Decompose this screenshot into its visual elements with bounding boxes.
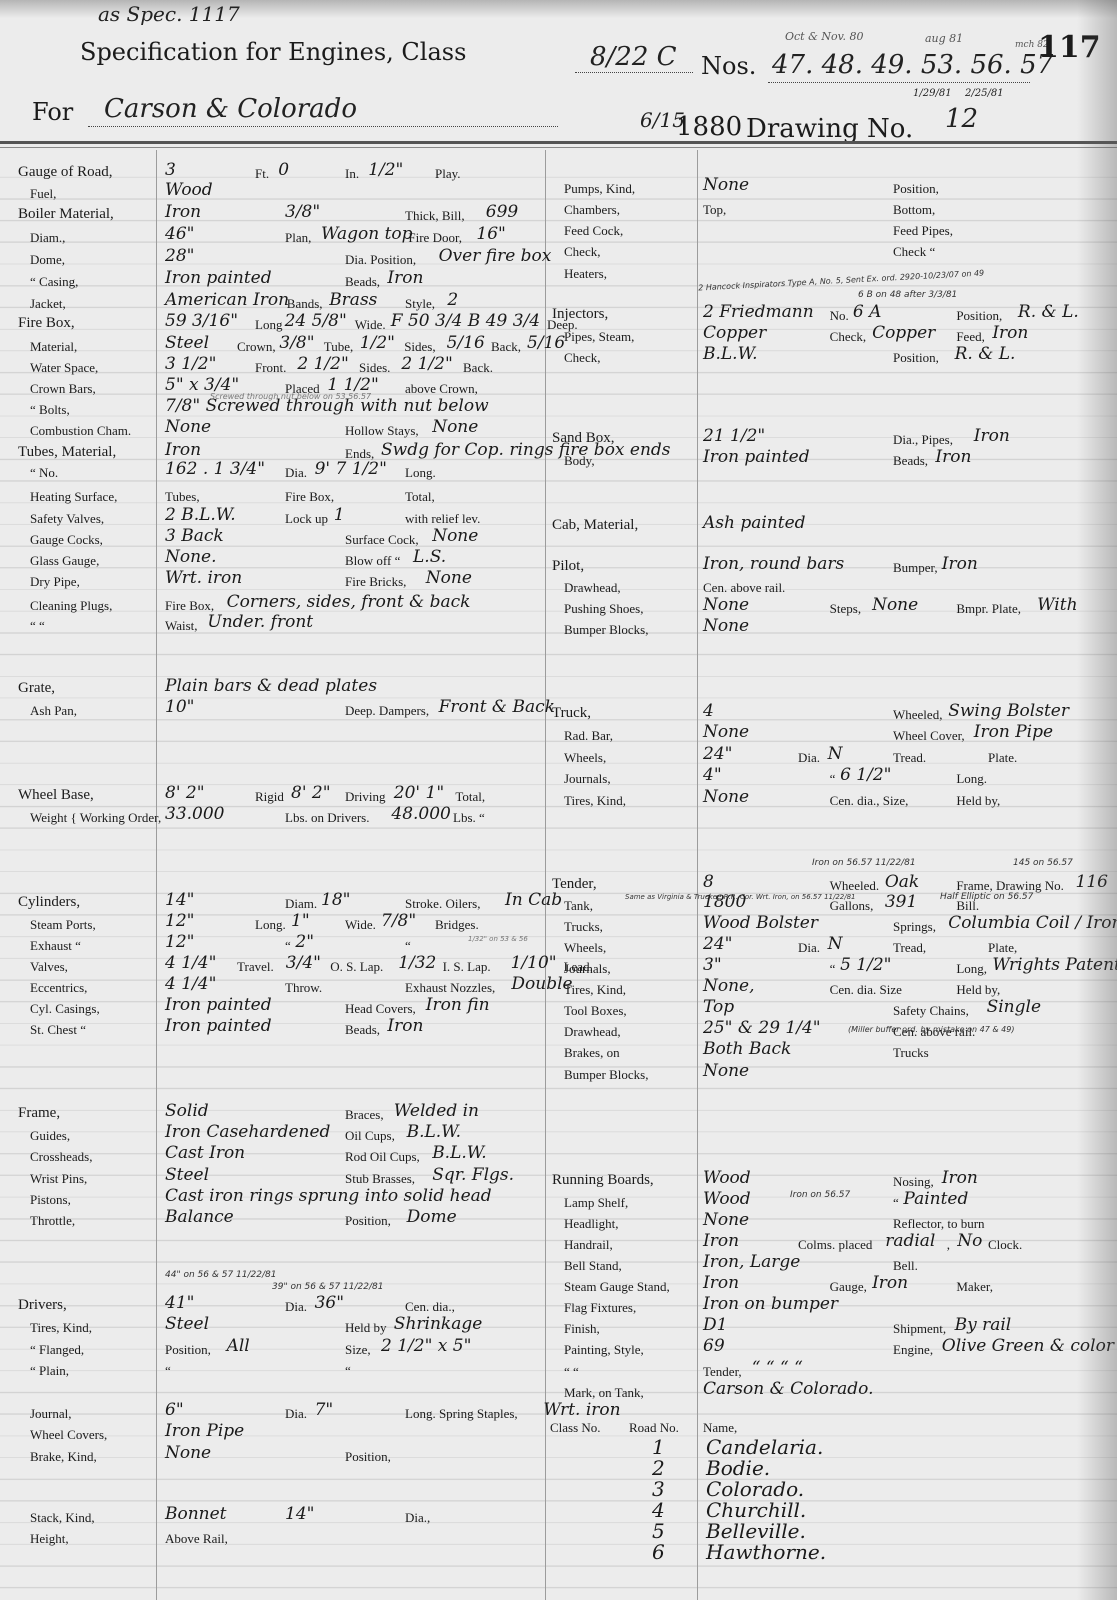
right-field-value: 25" & 29 1/4" bbox=[703, 1018, 821, 1038]
left-field-value: B.L.W. bbox=[407, 1122, 462, 1142]
left-label-weight-working-order: Weight { Working Order, bbox=[30, 810, 161, 826]
right-field-label: Dia. bbox=[798, 940, 820, 956]
left-field-value: 18" bbox=[321, 890, 350, 910]
left-field-label: Oil Cups, bbox=[345, 1128, 395, 1144]
right-field-label: “ bbox=[830, 771, 836, 787]
right-field-label: Check “ bbox=[893, 244, 935, 260]
left-field-label: Dia. bbox=[285, 1406, 307, 1422]
left-label-fuel: Fuel, bbox=[30, 186, 56, 202]
left-field-value: Iron painted bbox=[165, 1016, 272, 1036]
lamp-note: Iron on 56.57 bbox=[790, 1190, 850, 1200]
right-field-label: Bottom, bbox=[893, 202, 935, 218]
drawing-value: 12 bbox=[945, 104, 978, 134]
date-note-2: aug 81 bbox=[925, 32, 963, 45]
left-field-label: Thick, Bill, bbox=[405, 208, 465, 224]
left-field-value: American Iron bbox=[165, 290, 289, 310]
right-field-label: Beads, bbox=[893, 453, 928, 469]
right-field-label: Check, bbox=[830, 329, 866, 345]
right-label-pipes-steam: Pipes, Steam, bbox=[564, 329, 634, 345]
left-field-label: Rod Oil Cups, bbox=[345, 1149, 420, 1165]
left-field-value: Wrt. iron bbox=[543, 1400, 620, 1420]
left-field-label: Exhaust Nozzles, bbox=[405, 980, 495, 996]
right-label-pushing-shoes: Pushing Shoes, bbox=[564, 601, 643, 617]
left-field-label: Lock up bbox=[285, 511, 328, 527]
right-field-label: Position, bbox=[893, 350, 939, 366]
left-label-guides: Guides, bbox=[30, 1128, 70, 1144]
left-field-label: Fire Door, bbox=[408, 230, 462, 246]
tender-drawing-note: 145 on 56.57 bbox=[1013, 858, 1073, 868]
right-field-value: Painted bbox=[903, 1189, 968, 1209]
left-field-value: Iron painted bbox=[165, 995, 272, 1015]
left-field-label: Sides, bbox=[404, 339, 435, 355]
nos-label: Nos. bbox=[701, 52, 756, 80]
left-field-value: Swdg for Cop. rings fire box ends bbox=[381, 440, 671, 460]
for-underline bbox=[88, 126, 558, 127]
header-rule-thin bbox=[0, 147, 1117, 148]
right-field-value: Iron bbox=[872, 1273, 908, 1293]
right-field-label: Plate, bbox=[988, 940, 1017, 956]
right-field-label: Nosing, bbox=[893, 1174, 934, 1190]
left-field-label: Long bbox=[255, 317, 282, 333]
right-label-steam-gauge-stand: Steam Gauge Stand, bbox=[564, 1279, 670, 1295]
right-field-value: D1 bbox=[703, 1315, 727, 1335]
date-below-2: 2/25/81 bbox=[965, 88, 1004, 99]
right-field-value: 3" bbox=[703, 955, 722, 975]
right-field-label: Tread. bbox=[893, 750, 926, 766]
left-field-value: 16" bbox=[476, 224, 505, 244]
right-field-value: N bbox=[828, 934, 843, 954]
left-field-value: Corners, sides, front & back bbox=[227, 592, 471, 612]
right-label-tool-boxes: Tool Boxes, bbox=[564, 1003, 627, 1019]
right-label-wheels: Wheels, bbox=[564, 940, 606, 956]
left-field-label: Held by bbox=[345, 1320, 387, 1336]
left-field-label: Travel. bbox=[237, 959, 274, 975]
right-field-label: Tender, bbox=[703, 1364, 742, 1380]
left-field-label: Wide. bbox=[355, 317, 386, 333]
left-field-label: Back. bbox=[463, 360, 493, 376]
left-field-label: Crown, bbox=[237, 339, 276, 355]
left-field-value: 3/8" bbox=[285, 202, 320, 222]
left-label-gauge-cocks: Gauge Cocks, bbox=[30, 532, 103, 548]
left-field-label: Blow off “ bbox=[345, 553, 400, 569]
right-label-bumper-blocks: Bumper Blocks, bbox=[564, 1067, 649, 1083]
left-label-bolts: “ Bolts, bbox=[30, 402, 70, 418]
left-field-label: Position, bbox=[345, 1449, 391, 1465]
left-label-cleaning-plugs: Cleaning Plugs, bbox=[30, 598, 112, 614]
right-field-value: None, bbox=[703, 976, 755, 996]
right-field-label: Dia., Pipes, bbox=[893, 432, 953, 448]
left-field-label: Bridges. bbox=[435, 917, 479, 933]
left-field-value: 48.000 bbox=[391, 804, 450, 824]
left-field-value: 14" bbox=[165, 890, 194, 910]
date-note-1: Oct & Nov. 80 bbox=[785, 30, 864, 43]
left-field-value: 2" bbox=[295, 932, 314, 952]
left-field-value: 41" bbox=[165, 1293, 194, 1313]
left-label-brake-kind: Brake, Kind, bbox=[30, 1449, 97, 1465]
left-label-stack-kind: Stack, Kind, bbox=[30, 1510, 95, 1526]
left-label-glass-gauge: Glass Gauge, bbox=[30, 553, 99, 569]
right-label-bumper-blocks: Bumper Blocks, bbox=[564, 622, 649, 638]
left-field-label: Driving bbox=[345, 789, 385, 805]
right-label-body: Body, bbox=[564, 453, 595, 469]
page-number: 117 bbox=[1038, 30, 1101, 65]
right-field-value: Olive Green & color bbox=[942, 1336, 1114, 1356]
left-field-value: 3 Back bbox=[165, 526, 224, 546]
left-field-value: Under. front bbox=[207, 612, 313, 632]
right-field-label: Held by, bbox=[956, 982, 1000, 998]
left-label-steam-ports: Steam Ports, bbox=[30, 917, 96, 933]
left-field-value: B.L.W. bbox=[432, 1143, 487, 1163]
left-field-label: Wide. bbox=[345, 917, 376, 933]
left-field-value: 59 3/16" bbox=[165, 311, 238, 331]
left-field-value: 5/16 bbox=[447, 333, 485, 353]
left-field-value: Plain bars & dead plates bbox=[165, 676, 377, 696]
margin-note: as Spec. 1117 bbox=[98, 2, 240, 26]
left-field-value: Over fire box bbox=[439, 246, 552, 266]
right-field-value: Swing Bolster bbox=[948, 701, 1069, 721]
left-label-exhaust: Exhaust “ bbox=[30, 938, 81, 954]
left-field-value: 46" bbox=[165, 224, 194, 244]
right-field-value: Both Back bbox=[703, 1039, 791, 1059]
left-label-cylinders: Cylinders, bbox=[18, 894, 80, 911]
left-label-material: Material, bbox=[30, 339, 77, 355]
left-label-field: “ “ bbox=[30, 618, 45, 634]
right-field-label: Wheeled, bbox=[893, 707, 942, 723]
right-field-label: Wheel Cover, bbox=[893, 728, 965, 744]
right-label-cab-material: Cab, Material, bbox=[552, 517, 638, 534]
right-field-label: Long. bbox=[956, 771, 987, 787]
left-field-label: Tube, bbox=[324, 339, 354, 355]
right-field-value: Iron bbox=[942, 554, 978, 574]
left-label-crossheads: Crossheads, bbox=[30, 1149, 92, 1165]
left-field-value: 33.000 bbox=[165, 804, 224, 824]
right-field-label: Plate. bbox=[988, 750, 1017, 766]
left-field-value: All bbox=[227, 1336, 250, 1356]
left-label-combustion-cham: Combustion Cham. bbox=[30, 423, 131, 439]
left-field-label: Lbs. “ bbox=[453, 810, 485, 826]
right-field-label: Safety Chains, bbox=[893, 1003, 969, 1019]
right-field-label: Cen. dia., Size, bbox=[830, 793, 909, 809]
left-field-value: 6" bbox=[165, 1400, 184, 1420]
left-field-value: 0 bbox=[278, 160, 289, 180]
right-field-value: None bbox=[703, 616, 749, 636]
left-field-value: 7/8" bbox=[381, 911, 416, 931]
left-field-value: None bbox=[165, 1443, 211, 1463]
left-field-value: 2 B.L.W. bbox=[165, 505, 236, 525]
left-field-value: Iron bbox=[387, 268, 423, 288]
right-field-value: No bbox=[957, 1231, 982, 1251]
right-field-label: Dia. bbox=[798, 750, 820, 766]
left-field-value: None bbox=[426, 568, 472, 588]
left-label-wheel-base: Wheel Base, bbox=[18, 787, 94, 804]
left-field-value: 5/16 bbox=[527, 333, 565, 353]
left-field-value: Iron painted bbox=[165, 268, 272, 288]
left-field-value: 4 1/4" bbox=[165, 974, 216, 994]
left-field-label: “ bbox=[345, 1363, 351, 1379]
right-field-value: 21 1/2" bbox=[703, 426, 765, 446]
left-field-value: 10" bbox=[165, 697, 194, 717]
right-label-check: Check, bbox=[564, 244, 600, 260]
right-label-running-boards: Running Boards, bbox=[552, 1172, 654, 1189]
right-field-value: With bbox=[1037, 595, 1077, 615]
column-divider-left bbox=[156, 150, 157, 1600]
left-field-label: “ bbox=[405, 938, 411, 954]
left-field-value: 14" bbox=[285, 1504, 314, 1524]
left-label-height: Height, bbox=[30, 1531, 69, 1547]
left-label-crown-bars: Crown Bars, bbox=[30, 381, 96, 397]
left-field-label: Throw. bbox=[285, 980, 322, 996]
right-field-value: Wood bbox=[703, 1168, 751, 1188]
class-underline bbox=[575, 72, 693, 73]
right-field-value: None bbox=[703, 595, 749, 615]
right-field-value: 116 bbox=[1076, 872, 1108, 892]
for-value: Carson & Colorado bbox=[104, 94, 357, 124]
left-field-value: Cast Iron bbox=[165, 1143, 245, 1163]
left-field-value: Iron Pipe bbox=[165, 1421, 244, 1441]
right-label-tank: Tank, bbox=[564, 898, 593, 914]
right-label-lamp-shelf: Lamp Shelf, bbox=[564, 1195, 628, 1211]
header-rule bbox=[0, 141, 1117, 144]
left-field-value: 1" bbox=[291, 911, 310, 931]
left-field-label: Play. bbox=[435, 166, 461, 182]
right-field-value: None bbox=[872, 595, 918, 615]
left-field-label: Beads, bbox=[345, 1022, 380, 1038]
right-field-value: Single bbox=[987, 997, 1041, 1017]
left-label-fire-box: Fire Box, bbox=[18, 315, 75, 332]
right-label-trucks: Trucks, bbox=[564, 919, 603, 935]
left-label-eccentrics: Eccentrics, bbox=[30, 980, 87, 996]
nos-underline bbox=[768, 82, 1030, 83]
right-field-value: Wood Bolster bbox=[703, 913, 818, 933]
left-field-label: O. S. Lap. bbox=[330, 959, 383, 975]
left-field-label: Front. bbox=[255, 360, 286, 376]
left-label-flanged: “ Flanged, bbox=[30, 1342, 84, 1358]
right-field-value: radial bbox=[885, 1231, 935, 1251]
right-field-value: Copper bbox=[703, 323, 766, 343]
tender-frame-note: Iron on 56.57 11/22/81 bbox=[812, 858, 916, 868]
left-field-label: Position, bbox=[165, 1342, 211, 1358]
left-field-value: None bbox=[165, 417, 211, 437]
left-field-value: Iron bbox=[165, 440, 201, 460]
right-field-value: Ash painted bbox=[703, 513, 806, 533]
right-field-value: Iron bbox=[942, 1168, 978, 1188]
left-field-value: 3 bbox=[165, 160, 176, 180]
left-field-label: Back, bbox=[491, 339, 521, 355]
right-field-label: Gauge, bbox=[830, 1279, 867, 1295]
left-label-journal: Journal, bbox=[30, 1406, 72, 1422]
right-field-value: 24" bbox=[703, 744, 732, 764]
right-label-finish: Finish, bbox=[564, 1321, 600, 1337]
right-field-value: Copper bbox=[872, 323, 935, 343]
tender-bill-note: Half Elliptic on 56.57 bbox=[940, 892, 1033, 902]
right-label-journals: Journals, bbox=[564, 771, 611, 787]
bolts-note: Screwed through nut below on 53.56.57 bbox=[210, 392, 371, 401]
left-field-label: Dia. bbox=[285, 465, 307, 481]
tender-trucks-note: Same as Virginia & Truckee R.R. Cor. Wrt… bbox=[625, 893, 856, 901]
left-field-value: None bbox=[432, 526, 478, 546]
roster-header-class: Class No. bbox=[550, 1420, 601, 1436]
left-field-value: 9' 7 1/2" bbox=[315, 459, 387, 479]
right-field-value: 4" bbox=[703, 765, 722, 785]
right-label-wheels: Wheels, bbox=[564, 750, 606, 766]
left-label-casing: “ Casing, bbox=[30, 274, 78, 290]
left-label-frame: Frame, bbox=[18, 1105, 60, 1122]
drawhead-note: (Miller buffer ord. by mistake on 47 & 4… bbox=[848, 1025, 1014, 1034]
right-label-injectors: Injectors, bbox=[552, 306, 608, 323]
left-field-label: Plan, bbox=[285, 230, 311, 246]
right-field-label: “ bbox=[893, 1195, 899, 1211]
right-label-check: Check, bbox=[564, 350, 600, 366]
left-field-value: 12" bbox=[165, 911, 194, 931]
right-label-tires-kind: Tires, Kind, bbox=[564, 793, 626, 809]
drawing-label: Drawing No. bbox=[746, 114, 913, 144]
right-label-tires-kind: Tires, Kind, bbox=[564, 982, 626, 998]
left-field-label: In. bbox=[345, 166, 359, 182]
right-field-value: None bbox=[703, 722, 749, 742]
left-field-label: Lbs. on Drivers. bbox=[285, 810, 370, 826]
left-field-value: 2 bbox=[447, 290, 458, 310]
left-field-label: Fire Box, bbox=[285, 489, 334, 505]
left-field-value: Front & Back bbox=[439, 697, 555, 717]
left-field-value: Iron bbox=[387, 1016, 423, 1036]
left-field-label: Long. bbox=[255, 917, 286, 933]
left-field-value: Steel bbox=[165, 1165, 209, 1185]
left-field-value: Solid bbox=[165, 1101, 209, 1121]
right-label-pilot: Pilot, bbox=[552, 558, 584, 575]
roster-header-name: Name, bbox=[703, 1420, 737, 1436]
right-field-label: Long, bbox=[956, 961, 987, 977]
left-field-value: 3 1/2" bbox=[165, 354, 216, 374]
right-field-value: Iron bbox=[974, 426, 1010, 446]
left-field-value: 699 bbox=[486, 202, 518, 222]
right-field-label: No. bbox=[830, 308, 849, 324]
left-field-label: Head Covers, bbox=[345, 1001, 416, 1017]
left-field-value: Wood bbox=[165, 180, 213, 200]
left-field-label: Tubes, bbox=[165, 489, 200, 505]
left-field-value: 28" bbox=[165, 246, 194, 266]
left-field-value: None bbox=[432, 417, 478, 437]
left-label-plain: “ Plain, bbox=[30, 1363, 69, 1379]
right-field-value: Iron, Large bbox=[703, 1252, 800, 1272]
left-field-value: Cast iron rings sprung into solid head bbox=[165, 1186, 492, 1206]
left-field-label: Dia. bbox=[285, 1299, 307, 1315]
class-value: 8/22 C bbox=[590, 42, 677, 72]
left-field-value: Iron fin bbox=[426, 995, 490, 1015]
right-field-label: Springs, bbox=[893, 919, 936, 935]
left-field-value: 24 5/8" bbox=[285, 311, 347, 331]
right-label-rad-bar: Rad. Bar, bbox=[564, 728, 613, 744]
right-field-value: Iron, round bars bbox=[703, 554, 844, 574]
right-field-label: Bumper, bbox=[893, 560, 938, 576]
left-field-value: None. bbox=[165, 547, 217, 567]
left-field-value: Dome bbox=[407, 1207, 457, 1227]
left-field-value: L.S. bbox=[413, 547, 446, 567]
right-field-value: 8 bbox=[703, 872, 714, 892]
right-field-label: Reflector, to burn bbox=[893, 1216, 985, 1232]
left-field-label: Waist, bbox=[165, 618, 198, 634]
left-field-label: Position, bbox=[345, 1213, 391, 1229]
left-field-label: Hollow Stays, bbox=[345, 423, 419, 439]
left-field-label: “ bbox=[285, 938, 291, 954]
right-field-label: Position, bbox=[893, 181, 939, 197]
right-field-value: Iron bbox=[703, 1231, 739, 1251]
right-field-label: Bmpr. Plate, bbox=[956, 601, 1021, 617]
left-field-label: Stroke. Oilers, bbox=[405, 896, 480, 912]
right-field-value: Iron bbox=[935, 447, 971, 467]
left-field-value: Welded in bbox=[394, 1101, 479, 1121]
left-label-diam: Diam., bbox=[30, 230, 65, 246]
left-field-value: 2 1/2" bbox=[401, 354, 452, 374]
drivers-alt-dia: 44" on 56 & 57 11/22/81 bbox=[165, 1270, 276, 1280]
left-label-jacket: Jacket, bbox=[30, 296, 66, 312]
column-divider-center bbox=[545, 150, 546, 1600]
left-field-value: 3/4" bbox=[286, 953, 321, 973]
right-field-value: 391 bbox=[885, 892, 917, 912]
right-label-handrail: Handrail, bbox=[564, 1237, 613, 1253]
right-label-heaters: Heaters, bbox=[564, 266, 607, 282]
left-label-boiler-material: Boiler Material, bbox=[18, 206, 114, 223]
left-label-dome: Dome, bbox=[30, 252, 65, 268]
left-label-ash-pan: Ash Pan, bbox=[30, 703, 77, 719]
left-field-label: Rigid bbox=[255, 789, 284, 805]
left-field-value: Iron bbox=[165, 202, 201, 222]
left-field-value: 1 bbox=[334, 505, 345, 525]
right-field-value: Iron bbox=[703, 1273, 739, 1293]
right-label-feed-cock: Feed Cock, bbox=[564, 223, 623, 239]
right-label-journals: Journals, bbox=[564, 961, 611, 977]
right-label-drawhead: Drawhead, bbox=[564, 580, 621, 596]
left-field-value: Wrt. iron bbox=[165, 568, 242, 588]
right-field-value: Top bbox=[703, 997, 734, 1017]
left-field-value: In Cab bbox=[505, 890, 562, 910]
right-label-truck: Truck, bbox=[552, 705, 591, 722]
right-field-value: Wrights Patent Collarless Bearings bbox=[992, 955, 1117, 975]
left-field-value: Steel bbox=[165, 333, 209, 353]
left-field-label: Deep. Dampers, bbox=[345, 703, 429, 719]
left-field-value: 36" bbox=[315, 1293, 344, 1313]
right-label-mark-on-tank: Mark, on Tank, bbox=[564, 1385, 644, 1401]
nos-value: 47. 48. 49. 53. 56. 57 bbox=[772, 50, 1053, 80]
right-field-value: None bbox=[703, 175, 749, 195]
left-field-label: Cen. dia., bbox=[405, 1299, 455, 1315]
left-field-value: 8' 2" bbox=[165, 783, 205, 803]
right-field-value: 69 bbox=[703, 1336, 725, 1356]
right-field-value: Iron bbox=[992, 323, 1028, 343]
left-field-label: “ bbox=[165, 1363, 171, 1379]
right-field-value: Carson & Colorado. bbox=[703, 1379, 874, 1399]
right-field-label: Held by, bbox=[956, 793, 1000, 809]
right-field-value: 4 bbox=[703, 701, 714, 721]
right-label-sand-box: Sand Box, bbox=[552, 430, 615, 447]
left-field-label: Braces, bbox=[345, 1107, 384, 1123]
left-field-value: Wagon top bbox=[321, 224, 413, 244]
right-field-value: 6 A bbox=[853, 302, 882, 322]
left-field-label: Total, bbox=[455, 789, 485, 805]
right-field-value: R. & L. bbox=[1018, 302, 1079, 322]
for-label: For bbox=[32, 98, 73, 126]
right-field-value: Columbia Coil / Iron seats bbox=[948, 913, 1117, 933]
right-field-label: Bell. bbox=[893, 1258, 918, 1274]
right-field-label: Position, bbox=[956, 308, 1002, 324]
left-label-safety-valves: Safety Valves, bbox=[30, 511, 104, 527]
left-field-value: 162 . 1 3/4" bbox=[165, 459, 265, 479]
right-label-drawhead: Drawhead, bbox=[564, 1024, 621, 1040]
right-field-value: Oak bbox=[885, 872, 919, 892]
left-field-value: Shrinkage bbox=[394, 1314, 483, 1334]
right-field-label: Clock. bbox=[988, 1237, 1022, 1253]
left-label-valves: Valves, bbox=[30, 959, 68, 975]
left-field-label: Diam. bbox=[285, 896, 317, 912]
